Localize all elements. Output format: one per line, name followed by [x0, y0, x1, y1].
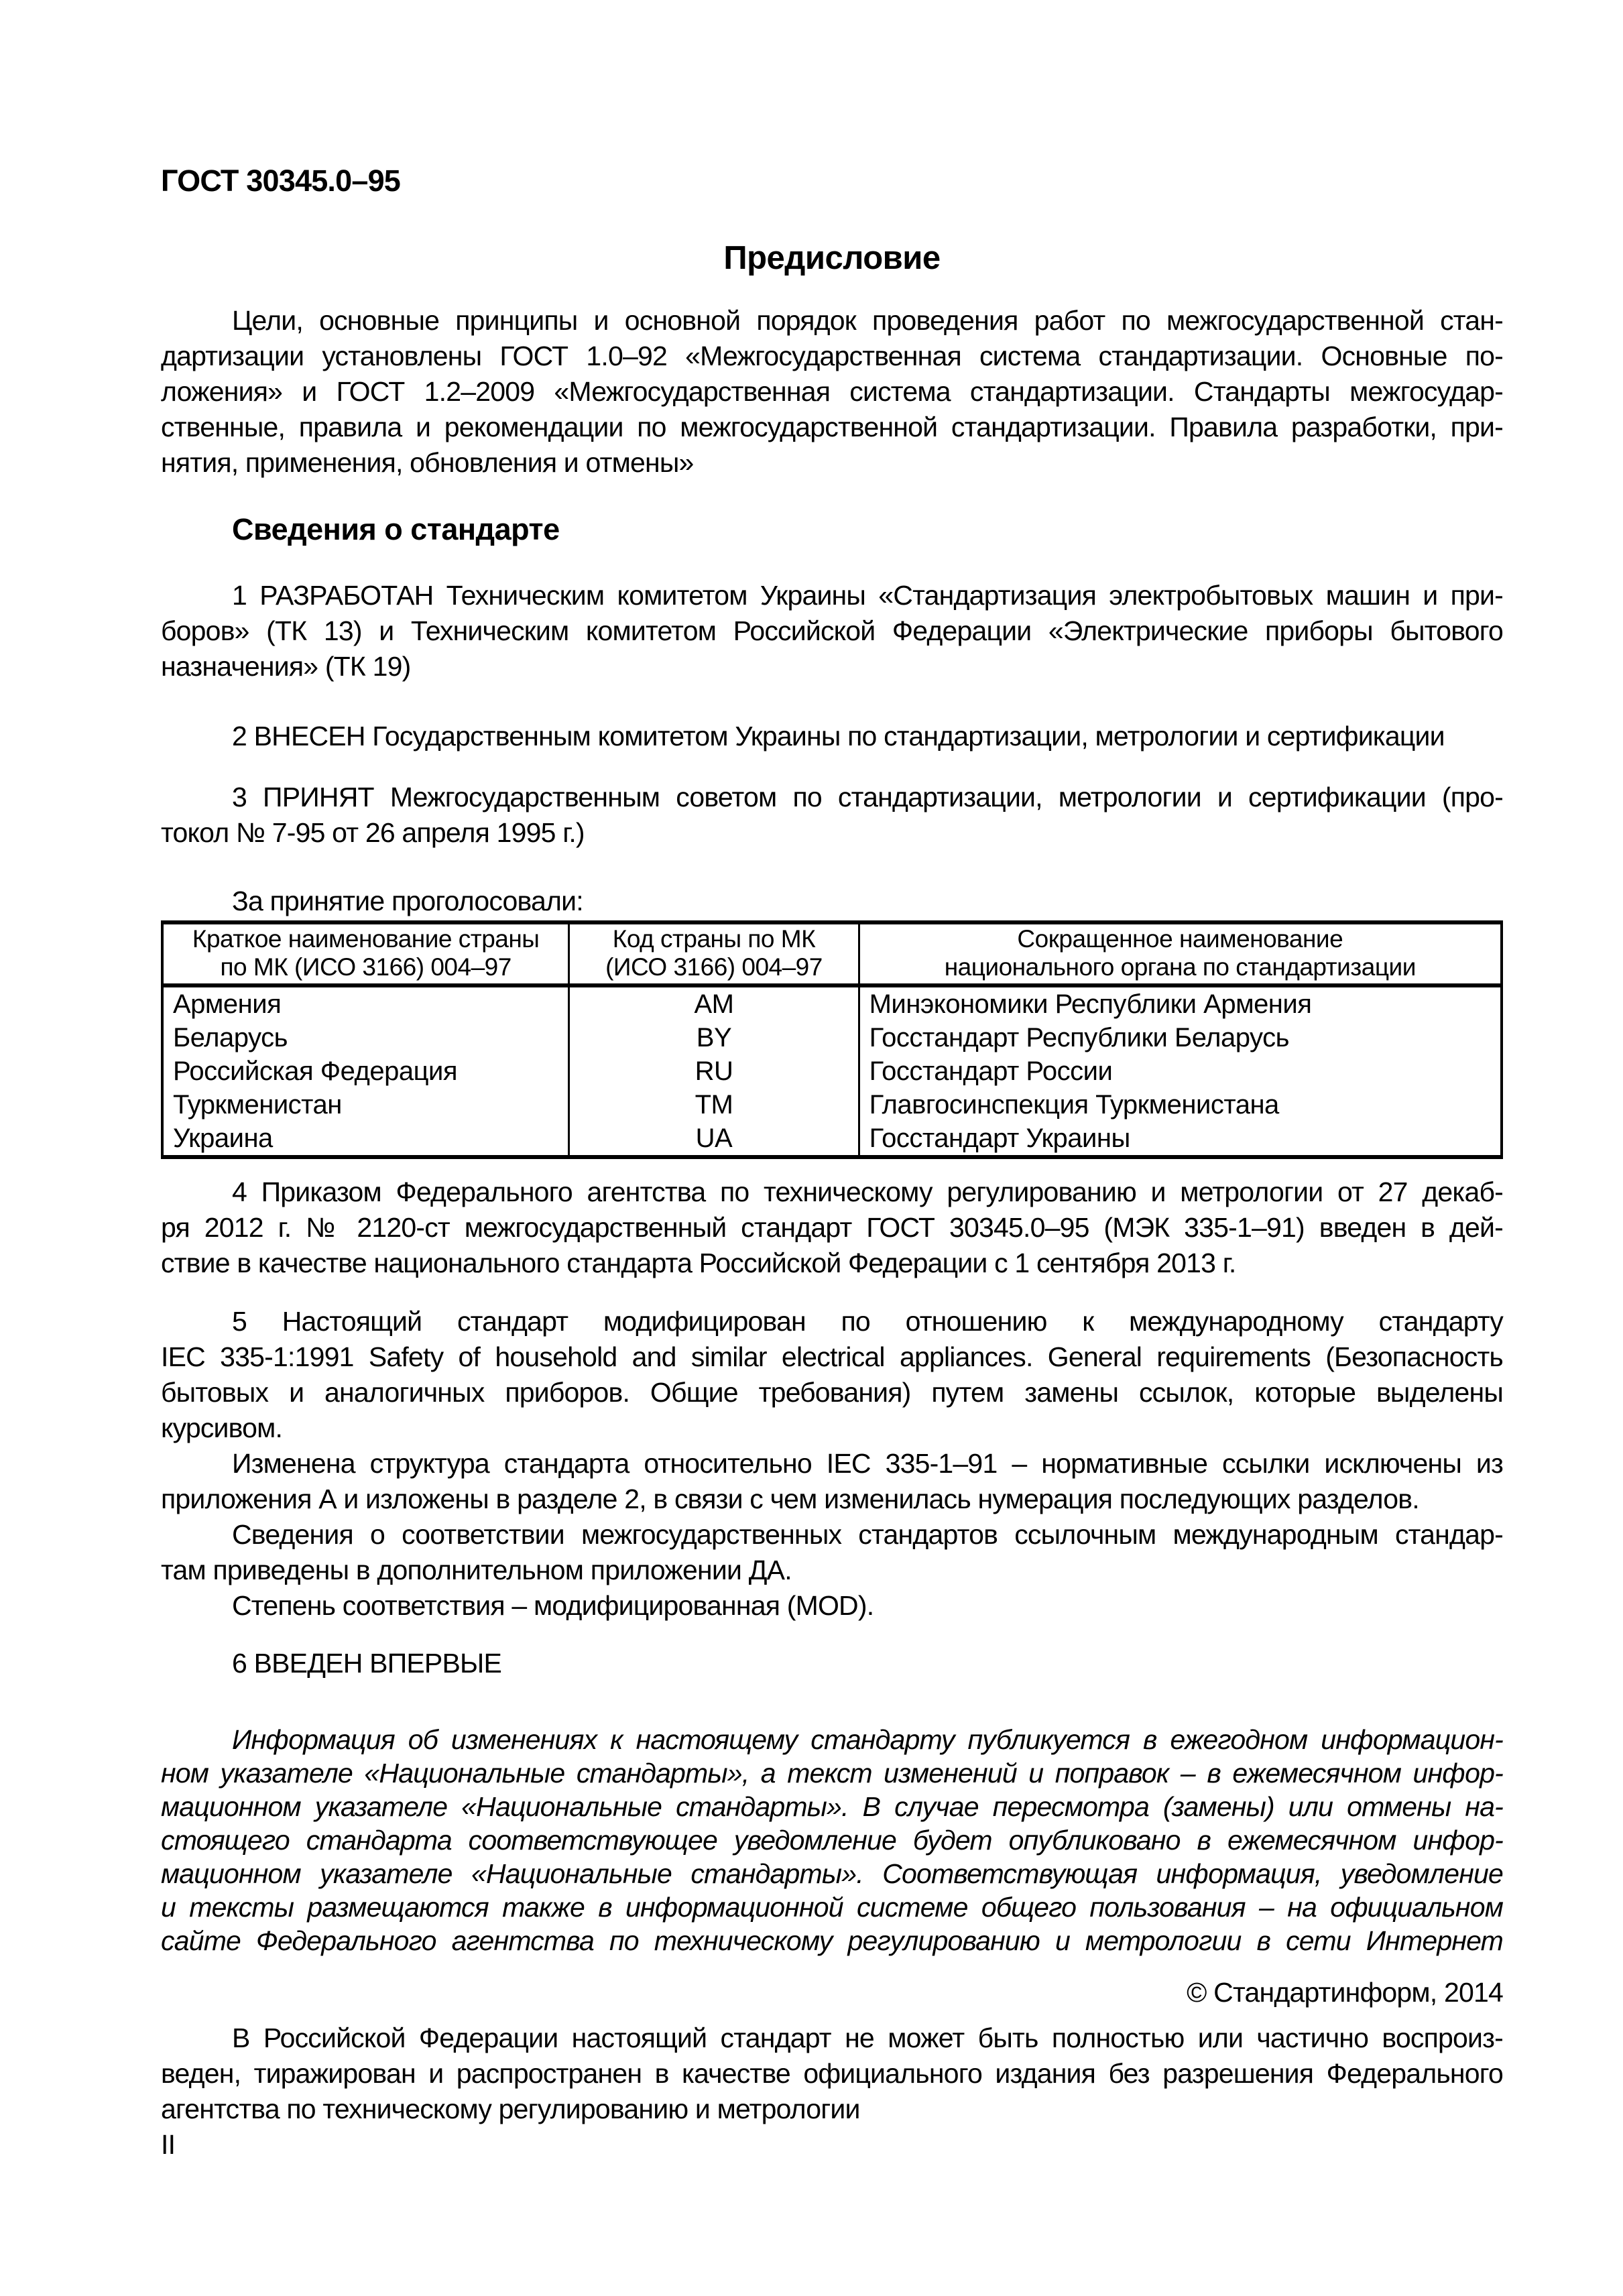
item-5-correspondence-info: Сведения о соответствии межгосударственн… [161, 1517, 1503, 1588]
text-line: Степень соответствия – модифицированная … [161, 1588, 1503, 1624]
text-line: В Российской Федерации настоящий стандар… [161, 2020, 1503, 2056]
item-5-structure-changed: Изменена структура стандарта относительн… [161, 1446, 1503, 1517]
cell-country: Туркменистан [162, 1088, 569, 1122]
amendments-note: Информация об изменениях к настоящему ст… [161, 1723, 1503, 1957]
item-4-order: 4 Приказом Федерального агентства по тех… [161, 1174, 1503, 1281]
text-line: ном указателе «Национальные стандарты», … [161, 1756, 1503, 1790]
text-line: и тексты размещаются также в информацион… [161, 1890, 1503, 1924]
text-line: курсивом. [161, 1410, 1503, 1446]
text-line: 4 Приказом Федерального агентства по тех… [161, 1174, 1503, 1210]
text-line: токол № 7-95 от 26 апреля 1995 г.) [161, 815, 1503, 851]
cell-org: Госстандарт России [859, 1054, 1502, 1088]
text-line: дартизации установлены ГОСТ 1.0–92 «Межг… [161, 339, 1503, 374]
text-line: Сведения о соответствии межгосударственн… [161, 1517, 1503, 1553]
doc-code: ГОСТ 30345.0–95 [161, 163, 1503, 198]
text-line: мационном указателе «Национальные станда… [161, 1857, 1503, 1890]
text-line: 3 ПРИНЯТ Межгосударственным советом по с… [161, 780, 1503, 815]
text-line: веден, тиражирован и распространен в кач… [161, 2056, 1503, 2092]
text-line: назначения» (ТК 19) [161, 649, 1503, 684]
cell-code: AM [569, 985, 859, 1021]
reproduction-restriction: В Российской Федерации настоящий стандар… [161, 2020, 1503, 2127]
text-line: 1 РАЗРАБОТАН Техническим комитетом Украи… [161, 578, 1503, 613]
item-5-conformity-degree: Степень соответствия – модифицированная … [161, 1588, 1503, 1624]
header-country-line1: Краткое наименование страны [170, 925, 561, 953]
table-row: Беларусь BY Госстандарт Республики Белар… [162, 1021, 1502, 1054]
copyright-notice: © Стандартинформ, 2014 [161, 1975, 1503, 2010]
intro-paragraph: Цели, основные принципы и основной поряд… [161, 303, 1503, 481]
header-code-line1: Код страны по МК [577, 925, 851, 953]
table-row: Российская Федерация RU Госстандарт Росс… [162, 1054, 1502, 1088]
document-page: ГОСТ 30345.0–95 Предисловие Цели, основн… [0, 0, 1623, 2296]
text-line: боров» (ТК 13) и Техническим комитетом Р… [161, 613, 1503, 649]
text-line: Изменена структура стандарта относительн… [161, 1446, 1503, 1482]
text-line: стоящего стандарта соответствующее уведо… [161, 1823, 1503, 1857]
vote-table-header-org: Сокращенное наименование национального о… [859, 922, 1502, 985]
text-line: нятия, применения, обновления и отмены» [161, 445, 1503, 481]
text-line: сайте Федерального агентства по техничес… [161, 1924, 1503, 1957]
text-line: агентства по техническому регулированию … [161, 2092, 1503, 2127]
text-line: ствие в качестве национального стандарта… [161, 1246, 1503, 1281]
header-org-line1: Сокращенное наименование [867, 925, 1494, 953]
text-line: Информация об изменениях к настоящему ст… [161, 1723, 1503, 1756]
cell-org: Госстандарт Республики Беларусь [859, 1021, 1502, 1054]
text-line: приложения А и изложены в разделе 2, в с… [161, 1482, 1503, 1517]
table-row: Армения AM Минэкономики Республики Армен… [162, 985, 1502, 1021]
vote-caption: За принятие проголосовали: [161, 884, 1503, 919]
header-country-line2: по МК (ИСО 3166) 004–97 [170, 953, 561, 981]
item-3-adopted: 3 ПРИНЯТ Межгосударственным советом по с… [161, 780, 1503, 851]
vote-table: Краткое наименование страны по МК (ИСО 3… [161, 920, 1503, 1159]
vote-table-header-row: Краткое наименование страны по МК (ИСО 3… [162, 922, 1502, 985]
text-line: Цели, основные принципы и основной поряд… [161, 303, 1503, 339]
cell-country: Украина [162, 1122, 569, 1157]
vote-table-header-country: Краткое наименование страны по МК (ИСО 3… [162, 922, 569, 985]
table-row: Туркменистан TM Главгосинспекция Туркмен… [162, 1088, 1502, 1122]
text-line: ложения» и ГОСТ 1.2–2009 «Межгосударстве… [161, 374, 1503, 410]
page-number: II [161, 2127, 1503, 2163]
cell-country: Российская Федерация [162, 1054, 569, 1088]
table-row: Украина UA Госстандарт Украины [162, 1122, 1502, 1157]
cell-org: Минэкономики Республики Армения [859, 985, 1502, 1021]
cell-code: TM [569, 1088, 859, 1122]
header-code-line2: (ИСО 3166) 004–97 [577, 953, 851, 981]
text-line: 2 ВНЕСЕН Государственным комитетом Украи… [161, 719, 1503, 754]
item-1-developed: 1 РАЗРАБОТАН Техническим комитетом Украи… [161, 578, 1503, 684]
header-org-line2: национального органа по стандартизации [867, 953, 1494, 981]
text-line: бытовых и аналогичных приборов. Общие тр… [161, 1375, 1503, 1410]
section-heading-standard-info: Сведения о стандарте [161, 511, 1503, 547]
item-2-submitted: 2 ВНЕСЕН Государственным комитетом Украи… [161, 719, 1503, 754]
text-line: ственные, правила и рекомендации по межг… [161, 410, 1503, 445]
item-6-first-introduced: 6 ВВЕДЕН ВПЕРВЫЕ [161, 1646, 1503, 1681]
cell-code: UA [569, 1122, 859, 1157]
cell-country: Армения [162, 985, 569, 1021]
text-line: там приведены в дополнительном приложени… [161, 1553, 1503, 1588]
page-title: Предисловие [161, 239, 1503, 277]
vote-table-header-code: Код страны по МК (ИСО 3166) 004–97 [569, 922, 859, 985]
text-line: мационном указателе «Национальные станда… [161, 1790, 1503, 1823]
cell-code: BY [569, 1021, 859, 1054]
item-5-modified: 5 Настоящий стандарт модифицирован по от… [161, 1304, 1503, 1446]
cell-code: RU [569, 1054, 859, 1088]
text-line: IEC 335-1:1991 Safety of household and s… [161, 1339, 1503, 1375]
cell-org: Госстандарт Украины [859, 1122, 1502, 1157]
text-line: 5 Настоящий стандарт модифицирован по от… [161, 1304, 1503, 1339]
text-line: ря 2012 г. № 2120-ст межгосударственный … [161, 1210, 1503, 1246]
cell-country: Беларусь [162, 1021, 569, 1054]
cell-org: Главгосинспекция Туркменистана [859, 1088, 1502, 1122]
